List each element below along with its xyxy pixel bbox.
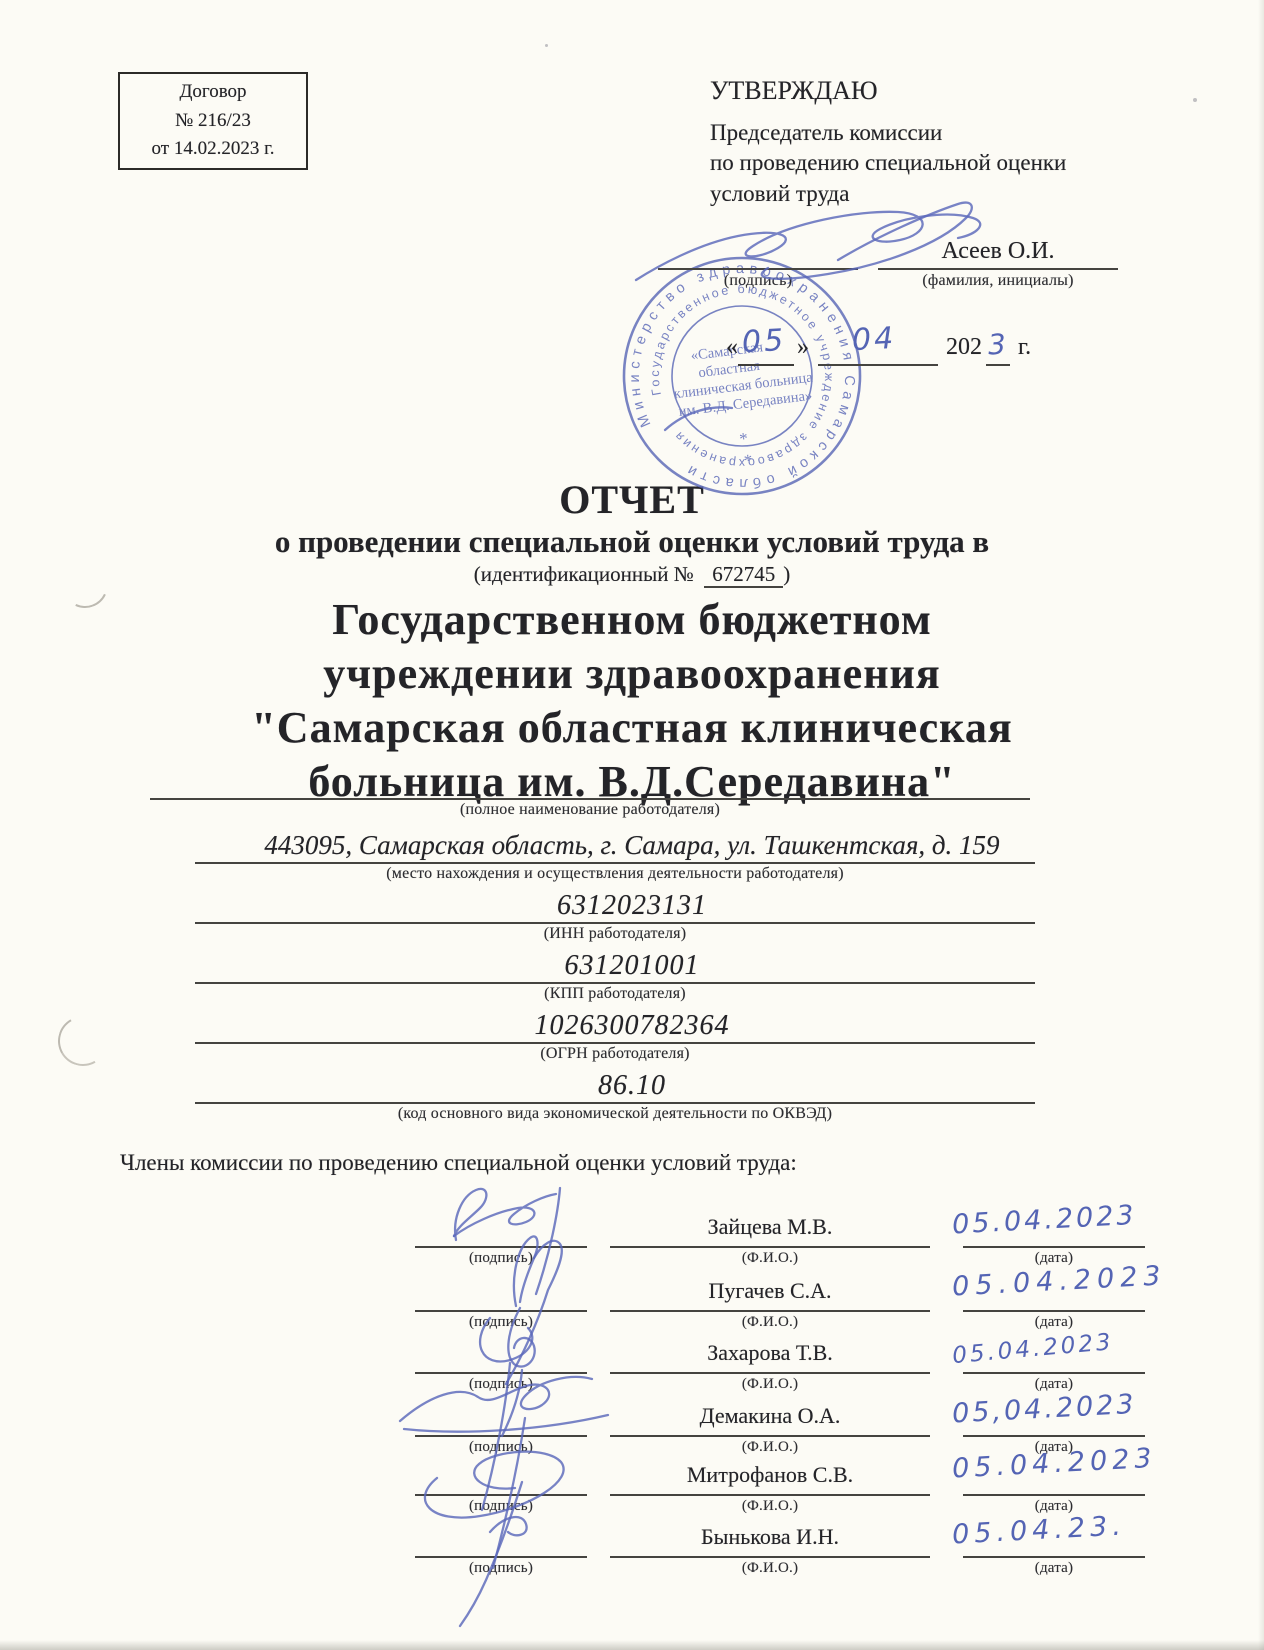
employer-name-caption: (полное наименование работодателя) <box>150 801 1030 819</box>
employer-name-line3: "Самарская областная клиническая <box>0 702 1264 753</box>
report-id-label: (идентификационный № <box>474 562 694 586</box>
approver-role-line1: Председатель комиссии <box>710 118 1150 148</box>
contract-label: Договор <box>179 78 246 107</box>
member-name-line <box>610 1246 930 1248</box>
report-id-value: 672745 <box>704 562 783 588</box>
member-name-caption: (Ф.И.О.) <box>610 1376 930 1393</box>
scanned-report-page: Договор № 216/23 от 14.02.2023 г. УТВЕРЖ… <box>0 0 1264 1650</box>
member-name-caption: (Ф.И.О.) <box>610 1314 930 1331</box>
member-name-caption: (Ф.И.О.) <box>610 1560 930 1577</box>
employer-ogrn-caption: (ОГРН работодателя) <box>195 1045 1035 1063</box>
member-name: Захарова Т.В. <box>610 1340 930 1366</box>
employer-kpp-underline <box>195 982 1035 984</box>
chairman-signature-scribble <box>628 196 1028 306</box>
employer-kpp: 631201001 <box>0 950 1264 982</box>
member-name-line <box>610 1372 930 1374</box>
approve-title: УТВЕРЖДАЮ <box>710 76 1150 106</box>
employer-okved-caption: (код основного вида экономической деятел… <box>195 1105 1035 1123</box>
contract-number: № 216/23 <box>175 107 251 136</box>
commission-row: (подпись) Бынькова И.Н. (Ф.И.О.) 05.04.2… <box>0 1522 1264 1592</box>
member-name: Пугачев С.А. <box>610 1278 930 1304</box>
member-name: Демакина О.А. <box>610 1403 930 1429</box>
employer-okved: 86.10 <box>0 1070 1264 1102</box>
employer-address-underline <box>195 862 1035 864</box>
date-year-printed: 202 <box>946 334 982 361</box>
employer-inn: 6312023131 <box>0 890 1264 922</box>
member-name-caption: (Ф.И.О.) <box>610 1439 930 1456</box>
employer-name-line2: учреждении здравоохранения <box>0 648 1264 699</box>
member-date-line <box>963 1310 1145 1312</box>
member-name-line <box>610 1494 930 1496</box>
date-month-handwritten: 04 <box>851 321 897 358</box>
report-subtitle: о проведении специальной оценки условий … <box>0 524 1264 560</box>
date-year-suffix: г. <box>1018 334 1031 361</box>
member-name-caption: (Ф.И.О.) <box>610 1498 930 1515</box>
date-year-digit-line <box>986 364 1010 366</box>
employer-name-underline <box>150 798 1030 800</box>
member-name-line <box>610 1435 930 1437</box>
member-date-caption: (дата) <box>963 1560 1145 1577</box>
contract-number-box: Договор № 216/23 от 14.02.2023 г. <box>118 72 308 170</box>
member-date-line <box>963 1556 1145 1558</box>
contract-date: от 14.02.2023 г. <box>152 135 275 164</box>
member-name-caption: (Ф.И.О.) <box>610 1250 930 1267</box>
member-date-line <box>963 1435 1145 1437</box>
member-name: Зайцева М.В. <box>610 1214 930 1240</box>
stamp-pen-mark <box>660 400 740 440</box>
employer-kpp-caption: (КПП работодателя) <box>195 985 1035 1003</box>
member-signature-scribble <box>430 1470 570 1640</box>
employer-okved-underline <box>195 1102 1035 1104</box>
employer-address-caption: (место нахождения и осуществления деятел… <box>195 865 1035 883</box>
member-date-line <box>963 1246 1145 1248</box>
member-date-handwritten: 05.04.2023 <box>951 1199 1162 1241</box>
approver-role-line2: по проведению специальной оценки <box>710 148 1150 178</box>
employer-inn-caption: (ИНН работодателя) <box>195 925 1035 943</box>
employer-name-line1: Государственном бюджетном <box>0 594 1264 645</box>
member-name: Бынькова И.Н. <box>610 1524 930 1550</box>
member-date-line <box>963 1494 1145 1496</box>
date-close-quote: » <box>797 334 809 361</box>
report-id-suffix: ) <box>783 562 790 586</box>
member-name-line <box>610 1310 930 1312</box>
employer-address: 443095, Самарская область, г. Самара, ул… <box>0 830 1264 861</box>
scan-speck <box>545 44 548 47</box>
employer-inn-underline <box>195 922 1035 924</box>
date-year-digit-handwritten: 3 <box>987 327 1010 361</box>
report-id-line: (идентификационный № 672745) <box>0 562 1264 587</box>
page-bottom-edge-shadow <box>0 1640 1264 1650</box>
date-day-handwritten: 05 <box>741 323 787 360</box>
member-date-line <box>963 1372 1145 1374</box>
member-name: Митрофанов С.В. <box>610 1462 930 1488</box>
member-name-line <box>610 1556 930 1558</box>
date-day-line <box>738 364 794 366</box>
stamp-asterisk-icon: * <box>743 450 754 470</box>
employer-ogrn-underline <box>195 1042 1035 1044</box>
employer-ogrn: 1026300782364 <box>0 1010 1264 1042</box>
scan-speck <box>1193 98 1197 102</box>
date-month-line <box>818 364 938 366</box>
date-open-quote: « <box>726 334 738 361</box>
